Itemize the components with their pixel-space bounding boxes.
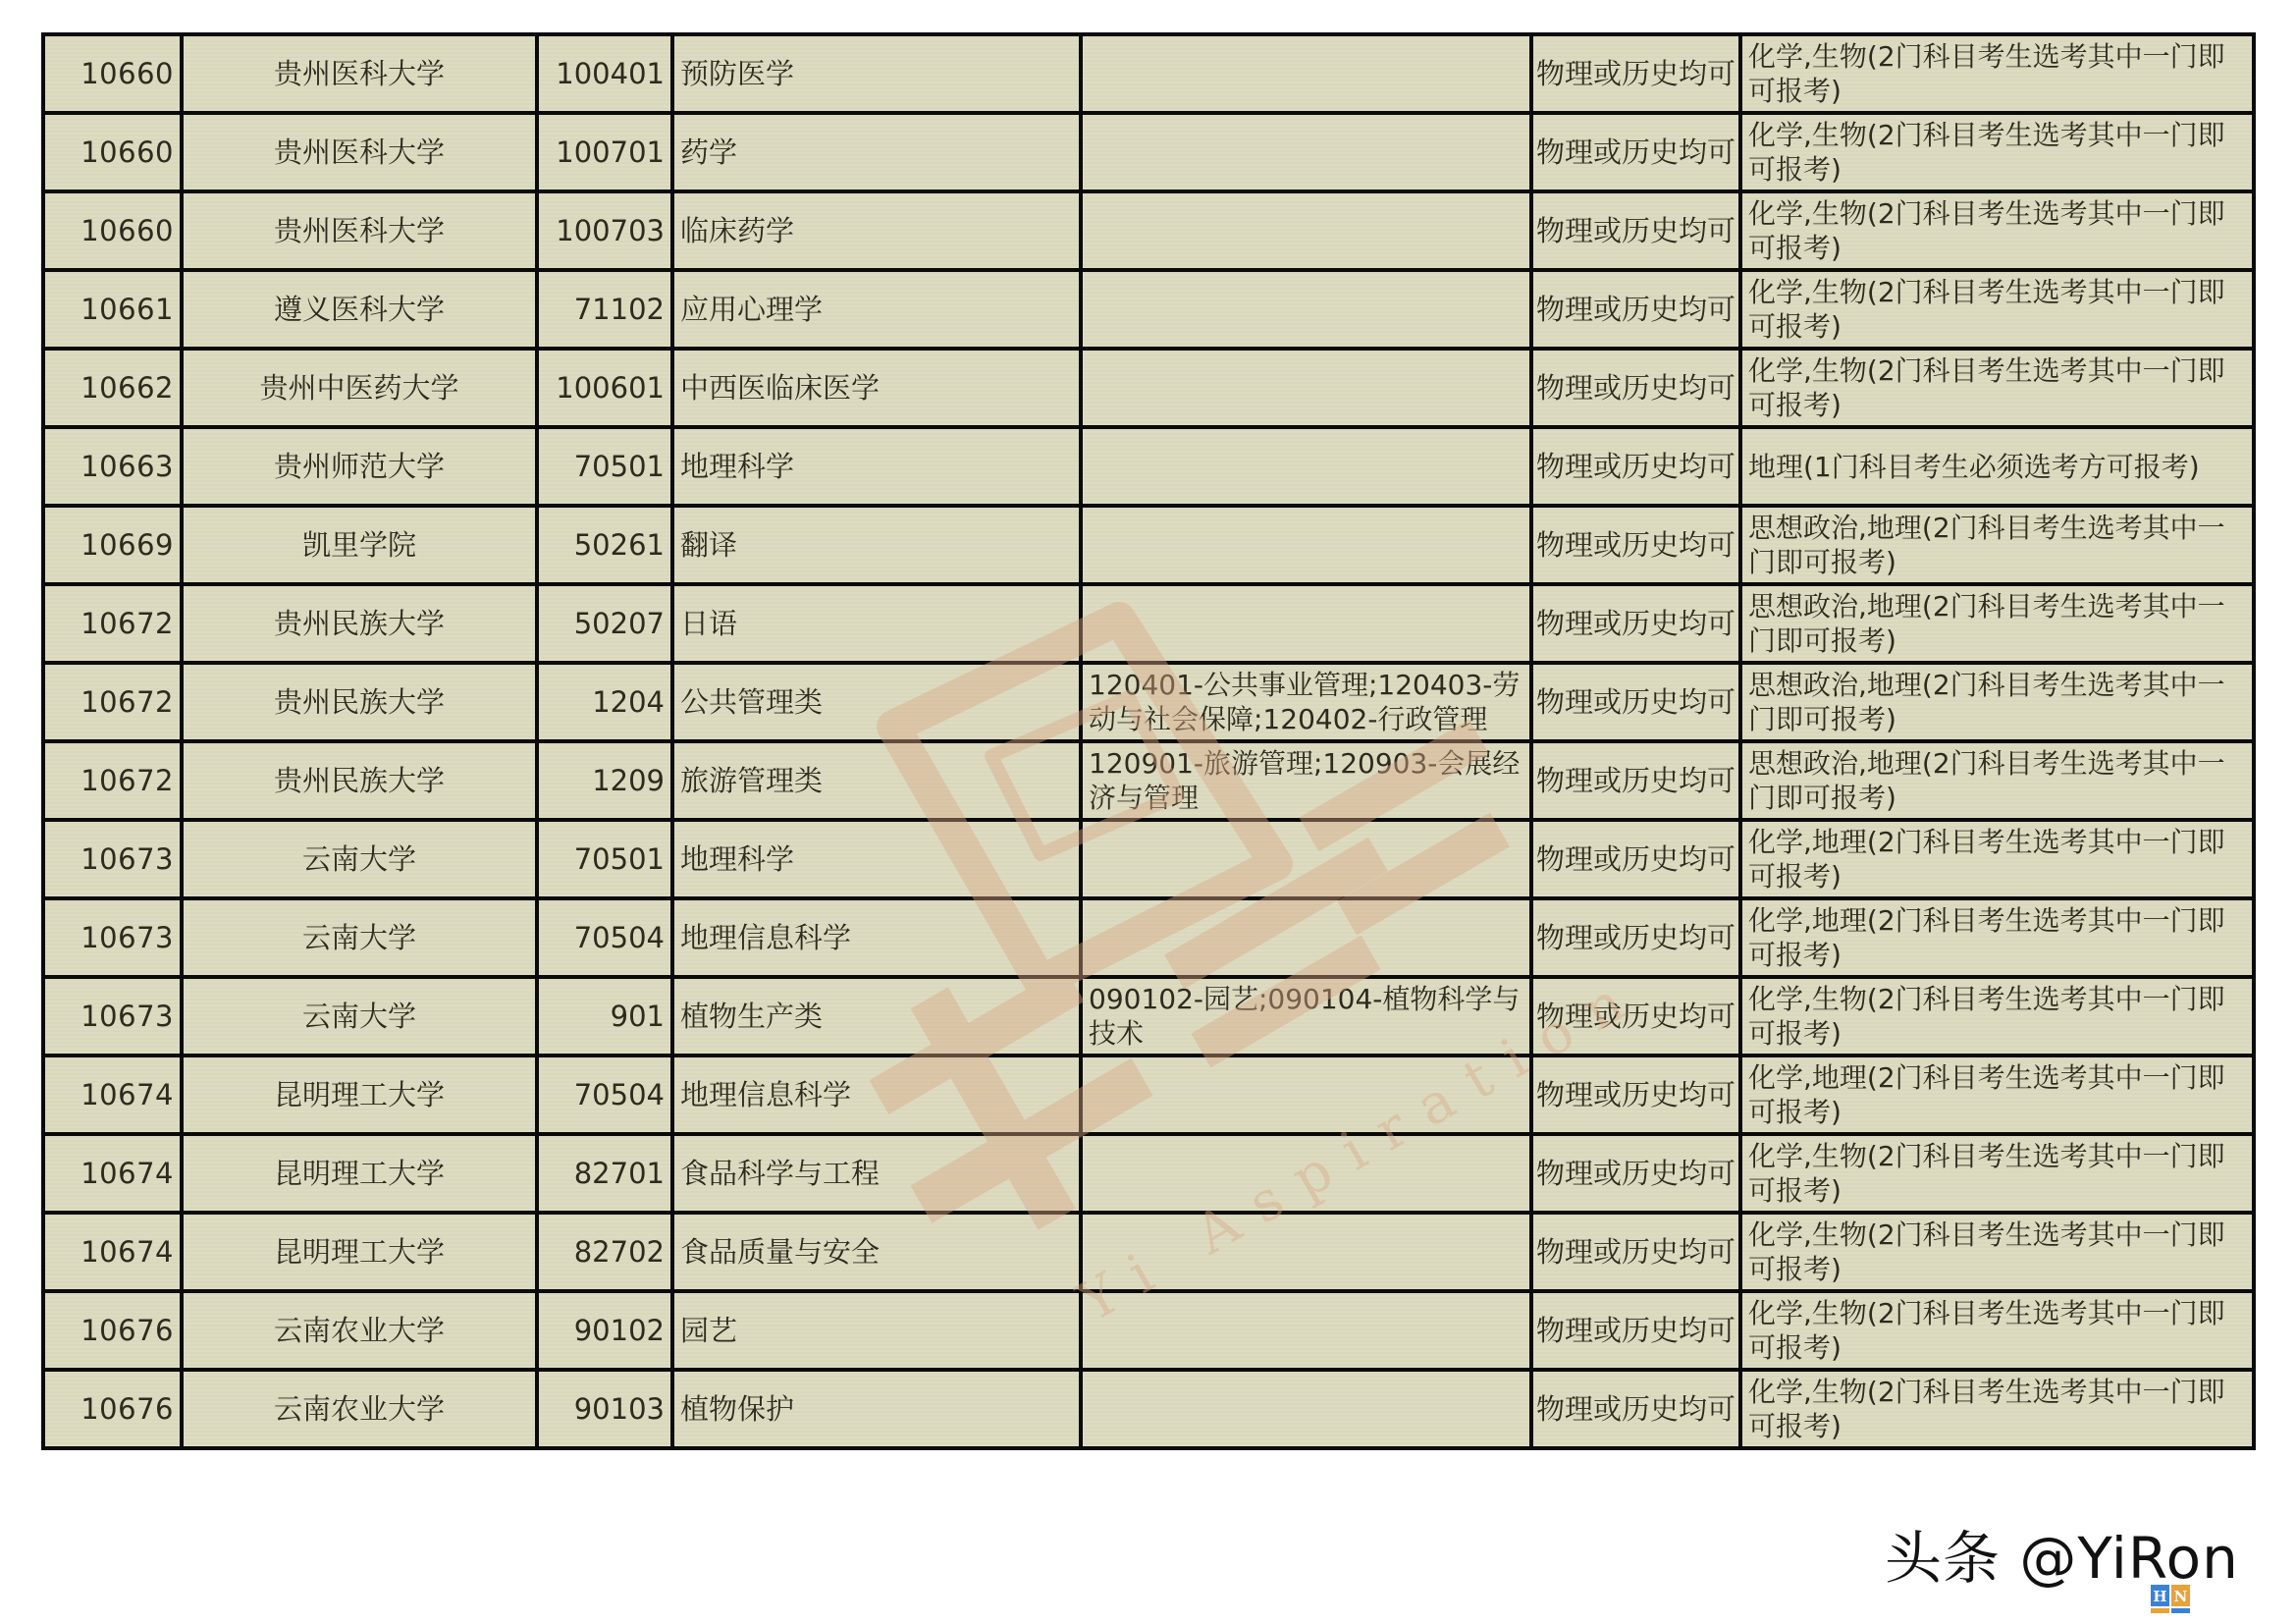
sub-majors-cell bbox=[1081, 427, 1531, 506]
major-name-cell: 预防医学 bbox=[672, 36, 1081, 113]
sub-majors-cell bbox=[1081, 898, 1531, 977]
school-code-cell: 10661 bbox=[45, 270, 182, 349]
major-code-cell: 50207 bbox=[537, 584, 672, 663]
sub-majors-cell: 090102-园艺;090104-植物科学与技术 bbox=[1081, 977, 1531, 1056]
school-code-cell: 10672 bbox=[45, 741, 182, 820]
table-row: 10676云南农业大学90103植物保护物理或历史均可化学,生物(2门科目考生选… bbox=[45, 1370, 2252, 1446]
table-row: 10660贵州医科大学100703临床药学物理或历史均可化学,生物(2门科目考生… bbox=[45, 191, 2252, 270]
first-subject-cell: 物理或历史均可 bbox=[1531, 113, 1740, 191]
svg-text:H: H bbox=[2153, 1588, 2166, 1605]
school-name-cell: 贵州医科大学 bbox=[182, 36, 537, 113]
school-name-cell: 贵州医科大学 bbox=[182, 191, 537, 270]
school-code-cell: 10674 bbox=[45, 1056, 182, 1134]
school-name-cell: 贵州民族大学 bbox=[182, 663, 537, 741]
first-subject-cell: 物理或历史均可 bbox=[1531, 663, 1740, 741]
elective-requirement-cell: 化学,生物(2门科目考生选考其中一门即可报考) bbox=[1740, 349, 2252, 427]
school-name-cell: 昆明理工大学 bbox=[182, 1213, 537, 1291]
school-name-cell: 遵义医科大学 bbox=[182, 270, 537, 349]
major-code-cell: 70504 bbox=[537, 1056, 672, 1134]
sub-majors-cell bbox=[1081, 820, 1531, 898]
major-name-cell: 中西医临床医学 bbox=[672, 349, 1081, 427]
major-code-cell: 50261 bbox=[537, 506, 672, 584]
major-code-cell: 1209 bbox=[537, 741, 672, 820]
major-name-cell: 植物保护 bbox=[672, 1370, 1081, 1446]
first-subject-cell: 物理或历史均可 bbox=[1531, 1291, 1740, 1370]
major-name-cell: 植物生产类 bbox=[672, 977, 1081, 1056]
sub-majors-cell bbox=[1081, 36, 1531, 113]
school-code-cell: 10663 bbox=[45, 427, 182, 506]
first-subject-cell: 物理或历史均可 bbox=[1531, 584, 1740, 663]
elective-requirement-cell: 化学,生物(2门科目考生选考其中一门即可报考) bbox=[1740, 1213, 2252, 1291]
school-name-cell: 贵州医科大学 bbox=[182, 113, 537, 191]
major-code-cell: 1204 bbox=[537, 663, 672, 741]
table-row: 10672贵州民族大学1209旅游管理类120901-旅游管理;120903-会… bbox=[45, 741, 2252, 820]
sub-majors-cell: 120401-公共事业管理;120403-劳动与社会保障;120402-行政管理 bbox=[1081, 663, 1531, 741]
sub-majors-cell bbox=[1081, 1291, 1531, 1370]
table-row: 10669凯里学院50261翻译物理或历史均可思想政治,地理(2门科目考生选考其… bbox=[45, 506, 2252, 584]
major-name-cell: 园艺 bbox=[672, 1291, 1081, 1370]
sub-majors-cell bbox=[1081, 1134, 1531, 1213]
hn-logo-icon: H N bbox=[2150, 1583, 2191, 1614]
school-name-cell: 昆明理工大学 bbox=[182, 1134, 537, 1213]
major-name-cell: 食品科学与工程 bbox=[672, 1134, 1081, 1213]
sub-majors-cell bbox=[1081, 191, 1531, 270]
elective-requirement-cell: 化学,生物(2门科目考生选考其中一门即可报考) bbox=[1740, 113, 2252, 191]
major-code-cell: 71102 bbox=[537, 270, 672, 349]
school-code-cell: 10673 bbox=[45, 898, 182, 977]
elective-requirement-cell: 化学,生物(2门科目考生选考其中一门即可报考) bbox=[1740, 270, 2252, 349]
school-name-cell: 昆明理工大学 bbox=[182, 1056, 537, 1134]
table-row: 10661遵义医科大学71102应用心理学物理或历史均可化学,生物(2门科目考生… bbox=[45, 270, 2252, 349]
school-code-cell: 10676 bbox=[45, 1370, 182, 1446]
svg-text:N: N bbox=[2174, 1588, 2188, 1605]
school-name-cell: 凯里学院 bbox=[182, 506, 537, 584]
major-code-cell: 70501 bbox=[537, 820, 672, 898]
first-subject-cell: 物理或历史均可 bbox=[1531, 1370, 1740, 1446]
table-row: 10676云南农业大学90102园艺物理或历史均可化学,生物(2门科目考生选考其… bbox=[45, 1291, 2252, 1370]
table-row: 10674昆明理工大学82702食品质量与安全物理或历史均可化学,生物(2门科目… bbox=[45, 1213, 2252, 1291]
table-row: 10673云南大学70504地理信息科学物理或历史均可化学,地理(2门科目考生选… bbox=[45, 898, 2252, 977]
sub-majors-cell bbox=[1081, 113, 1531, 191]
elective-requirement-cell: 化学,地理(2门科目考生选考其中一门即可报考) bbox=[1740, 1056, 2252, 1134]
major-name-cell: 食品质量与安全 bbox=[672, 1213, 1081, 1291]
elective-requirement-cell: 化学,生物(2门科目考生选考其中一门即可报考) bbox=[1740, 191, 2252, 270]
school-code-cell: 10673 bbox=[45, 820, 182, 898]
major-name-cell: 地理科学 bbox=[672, 820, 1081, 898]
table-row: 10663贵州师范大学70501地理科学物理或历史均可地理(1门科目考生必须选考… bbox=[45, 427, 2252, 506]
elective-requirement-cell: 化学,生物(2门科目考生选考其中一门即可报考) bbox=[1740, 36, 2252, 113]
elective-requirement-cell: 思想政治,地理(2门科目考生选考其中一门即可报考) bbox=[1740, 741, 2252, 820]
major-code-cell: 90103 bbox=[537, 1370, 672, 1446]
table-row: 10674昆明理工大学82701食品科学与工程物理或历史均可化学,生物(2门科目… bbox=[45, 1134, 2252, 1213]
data-table-sheet: 10660贵州医科大学100401预防医学物理或历史均可化学,生物(2门科目考生… bbox=[41, 32, 2256, 1450]
first-subject-cell: 物理或历史均可 bbox=[1531, 1134, 1740, 1213]
school-name-cell: 云南农业大学 bbox=[182, 1291, 537, 1370]
school-code-cell: 10660 bbox=[45, 191, 182, 270]
school-name-cell: 云南大学 bbox=[182, 898, 537, 977]
school-name-cell: 云南大学 bbox=[182, 820, 537, 898]
elective-requirement-cell: 化学,生物(2门科目考生选考其中一门即可报考) bbox=[1740, 1370, 2252, 1446]
school-name-cell: 云南农业大学 bbox=[182, 1370, 537, 1446]
sub-majors-cell bbox=[1081, 1213, 1531, 1291]
sub-majors-cell bbox=[1081, 1056, 1531, 1134]
major-name-cell: 应用心理学 bbox=[672, 270, 1081, 349]
first-subject-cell: 物理或历史均可 bbox=[1531, 977, 1740, 1056]
major-name-cell: 地理信息科学 bbox=[672, 1056, 1081, 1134]
first-subject-cell: 物理或历史均可 bbox=[1531, 191, 1740, 270]
school-code-cell: 10660 bbox=[45, 113, 182, 191]
first-subject-cell: 物理或历史均可 bbox=[1531, 1056, 1740, 1134]
major-name-cell: 旅游管理类 bbox=[672, 741, 1081, 820]
sub-majors-cell bbox=[1081, 349, 1531, 427]
first-subject-cell: 物理或历史均可 bbox=[1531, 36, 1740, 113]
major-code-cell: 70501 bbox=[537, 427, 672, 506]
elective-requirement-cell: 化学,地理(2门科目考生选考其中一门即可报考) bbox=[1740, 898, 2252, 977]
major-name-cell: 药学 bbox=[672, 113, 1081, 191]
school-code-cell: 10676 bbox=[45, 1291, 182, 1370]
school-code-cell: 10662 bbox=[45, 349, 182, 427]
table-row: 10660贵州医科大学100701药学物理或历史均可化学,生物(2门科目考生选考… bbox=[45, 113, 2252, 191]
major-code-cell: 82701 bbox=[537, 1134, 672, 1213]
major-code-cell: 100703 bbox=[537, 191, 672, 270]
major-code-cell: 100401 bbox=[537, 36, 672, 113]
table-row: 10673云南大学901植物生产类090102-园艺;090104-植物科学与技… bbox=[45, 977, 2252, 1056]
first-subject-cell: 物理或历史均可 bbox=[1531, 741, 1740, 820]
major-code-cell: 70504 bbox=[537, 898, 672, 977]
table-row: 10672贵州民族大学1204公共管理类120401-公共事业管理;120403… bbox=[45, 663, 2252, 741]
first-subject-cell: 物理或历史均可 bbox=[1531, 270, 1740, 349]
major-name-cell: 翻译 bbox=[672, 506, 1081, 584]
elective-requirement-cell: 思想政治,地理(2门科目考生选考其中一门即可报考) bbox=[1740, 506, 2252, 584]
major-code-cell: 100601 bbox=[537, 349, 672, 427]
table-row: 10673云南大学70501地理科学物理或历史均可化学,地理(2门科目考生选考其… bbox=[45, 820, 2252, 898]
elective-requirement-cell: 化学,生物(2门科目考生选考其中一门即可报考) bbox=[1740, 977, 2252, 1056]
school-code-cell: 10674 bbox=[45, 1134, 182, 1213]
major-name-cell: 公共管理类 bbox=[672, 663, 1081, 741]
first-subject-cell: 物理或历史均可 bbox=[1531, 1213, 1740, 1291]
school-code-cell: 10660 bbox=[45, 36, 182, 113]
major-code-cell: 901 bbox=[537, 977, 672, 1056]
elective-requirement-cell: 化学,生物(2门科目考生选考其中一门即可报考) bbox=[1740, 1291, 2252, 1370]
sub-majors-cell bbox=[1081, 506, 1531, 584]
first-subject-cell: 物理或历史均可 bbox=[1531, 898, 1740, 977]
first-subject-cell: 物理或历史均可 bbox=[1531, 349, 1740, 427]
major-name-cell: 日语 bbox=[672, 584, 1081, 663]
major-code-cell: 100701 bbox=[537, 113, 672, 191]
school-name-cell: 云南大学 bbox=[182, 977, 537, 1056]
table-row: 10660贵州医科大学100401预防医学物理或历史均可化学,生物(2门科目考生… bbox=[45, 36, 2252, 113]
subject-requirements-table: 10660贵州医科大学100401预防医学物理或历史均可化学,生物(2门科目考生… bbox=[45, 36, 2252, 1446]
school-name-cell: 贵州民族大学 bbox=[182, 584, 537, 663]
major-code-cell: 82702 bbox=[537, 1213, 672, 1291]
school-name-cell: 贵州民族大学 bbox=[182, 741, 537, 820]
school-name-cell: 贵州中医药大学 bbox=[182, 349, 537, 427]
sub-majors-cell bbox=[1081, 584, 1531, 663]
elective-requirement-cell: 思想政治,地理(2门科目考生选考其中一门即可报考) bbox=[1740, 663, 2252, 741]
major-name-cell: 地理科学 bbox=[672, 427, 1081, 506]
first-subject-cell: 物理或历史均可 bbox=[1531, 506, 1740, 584]
major-name-cell: 地理信息科学 bbox=[672, 898, 1081, 977]
school-code-cell: 10674 bbox=[45, 1213, 182, 1291]
sub-majors-cell: 120901-旅游管理;120903-会展经济与管理 bbox=[1081, 741, 1531, 820]
school-name-cell: 贵州师范大学 bbox=[182, 427, 537, 506]
table-row: 10662贵州中医药大学100601中西医临床医学物理或历史均可化学,生物(2门… bbox=[45, 349, 2252, 427]
first-subject-cell: 物理或历史均可 bbox=[1531, 427, 1740, 506]
table-row: 10674昆明理工大学70504地理信息科学物理或历史均可化学,地理(2门科目考… bbox=[45, 1056, 2252, 1134]
school-code-cell: 10672 bbox=[45, 663, 182, 741]
school-code-cell: 10672 bbox=[45, 584, 182, 663]
major-name-cell: 临床药学 bbox=[672, 191, 1081, 270]
school-code-cell: 10673 bbox=[45, 977, 182, 1056]
first-subject-cell: 物理或历史均可 bbox=[1531, 820, 1740, 898]
major-code-cell: 90102 bbox=[537, 1291, 672, 1370]
sub-majors-cell bbox=[1081, 270, 1531, 349]
elective-requirement-cell: 化学,生物(2门科目考生选考其中一门即可报考) bbox=[1740, 1134, 2252, 1213]
elective-requirement-cell: 思想政治,地理(2门科目考生选考其中一门即可报考) bbox=[1740, 584, 2252, 663]
table-row: 10672贵州民族大学50207日语物理或历史均可思想政治,地理(2门科目考生选… bbox=[45, 584, 2252, 663]
sub-majors-cell bbox=[1081, 1370, 1531, 1446]
elective-requirement-cell: 地理(1门科目考生必须选考方可报考) bbox=[1740, 427, 2252, 506]
school-code-cell: 10669 bbox=[45, 506, 182, 584]
elective-requirement-cell: 化学,地理(2门科目考生选考其中一门即可报考) bbox=[1740, 820, 2252, 898]
